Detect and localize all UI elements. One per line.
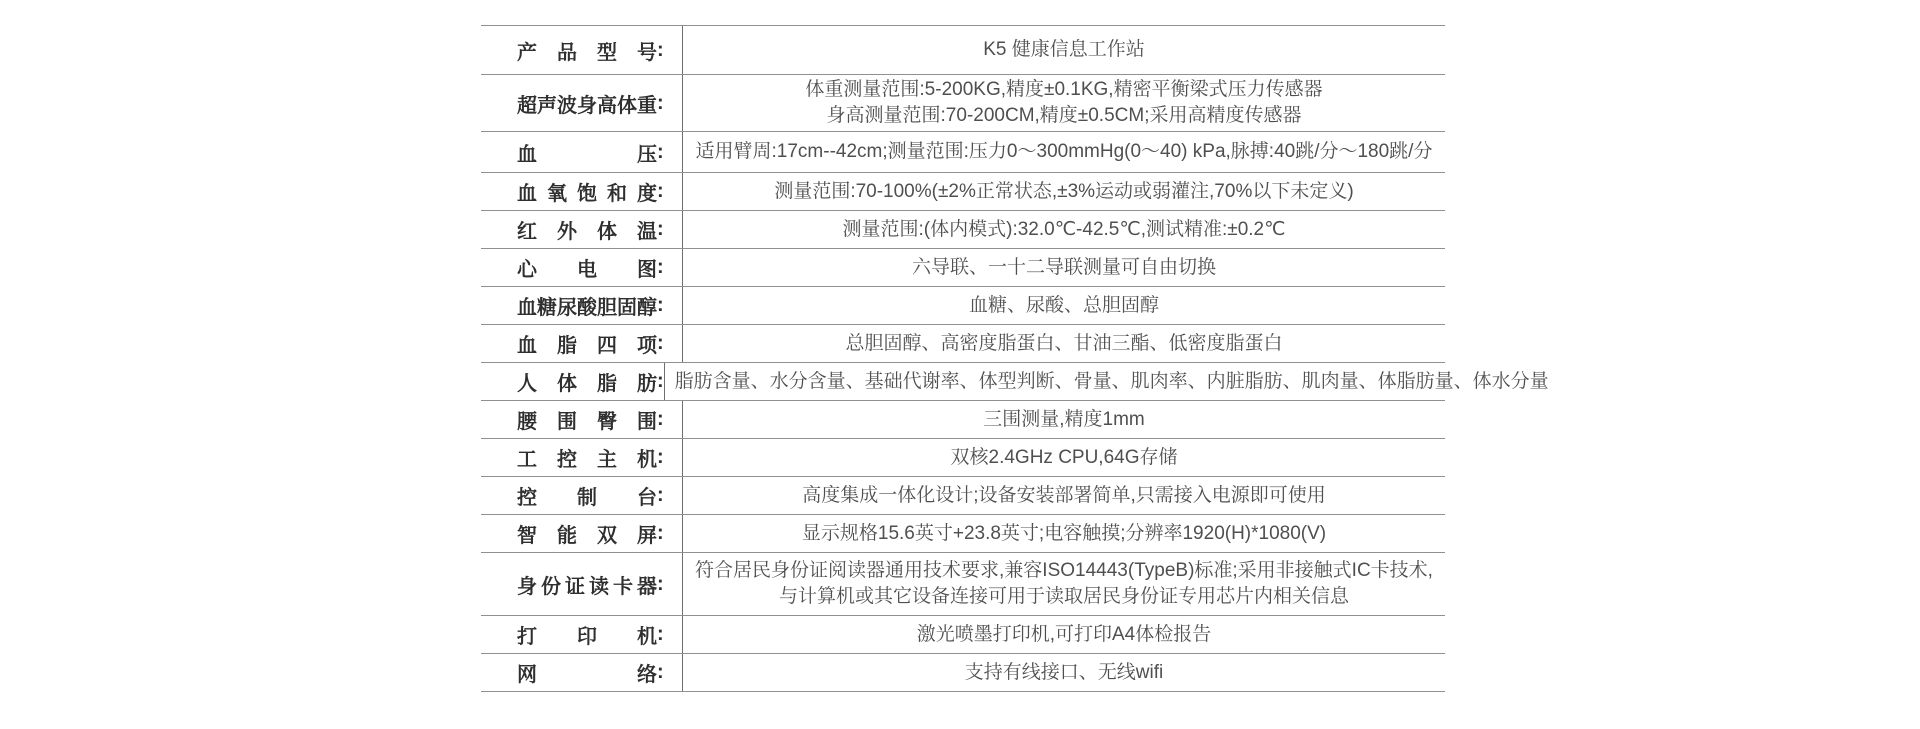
row-value-cell: 显示规格15.6英寸+23.8英寸;电容触摸;分辨率1920(H)*1080(V…: [683, 515, 1445, 552]
value-line: 测量范围:70-100%(±2%正常状态,±3%运动或弱灌注,70%以下未定义): [774, 179, 1353, 205]
table-row-industrial-host: 工控主机: 双核2.4GHz CPU,64G存储: [481, 439, 1445, 477]
value-line: 测量范围:(体内模式):32.0℃-42.5℃,测试精准:±0.2℃: [843, 217, 1286, 243]
label-colon: :: [657, 256, 664, 279]
row-label: 网络: [517, 658, 657, 687]
value-line: 符合居民身份证阅读器通用技术要求,兼容ISO14443(TypeB)标准;采用非…: [695, 558, 1433, 584]
table-row-product-model: 产品型号: K5 健康信息工作站: [481, 26, 1445, 75]
row-value-cell: 六导联、一十二导联测量可自由切换: [683, 249, 1445, 286]
label-colon: :: [657, 141, 664, 164]
value-line: K5 健康信息工作站: [983, 37, 1145, 63]
table-row-blood-oxygen: 血氧饱和度: 测量范围:70-100%(±2%正常状态,±3%运动或弱灌注,70…: [481, 173, 1445, 211]
row-value-cell: 体重测量范围:5-200KG,精度±0.1KG,精密平衡梁式压力传感器 身高测量…: [683, 75, 1445, 131]
table-row-blood-pressure: 血压: 适用臂周:17cm--42cm;测量范围:压力0～300mmHg(0～4…: [481, 132, 1445, 173]
row-label: 打印机: [517, 620, 657, 649]
row-label-cell: 血糖尿酸胆固醇:: [481, 287, 683, 324]
label-colon: :: [657, 218, 664, 241]
row-label: 心电图: [517, 253, 657, 282]
row-label-cell: 血氧饱和度:: [481, 173, 683, 210]
value-line: 高度集成一体化设计;设备安装部署简单,只需接入电源即可使用: [802, 483, 1326, 509]
row-label: 血糖尿酸胆固醇: [517, 291, 657, 320]
table-row-blood-lipids: 血脂四项: 总胆固醇、高密度脂蛋白、甘油三酯、低密度脂蛋白: [481, 325, 1445, 363]
row-value-cell: 脂肪含量、水分含量、基础代谢率、体型判断、骨量、肌肉率、内脏脂肪、肌肉量、体脂肪…: [665, 363, 1559, 400]
value-line: 总胆固醇、高密度脂蛋白、甘油三酯、低密度脂蛋白: [845, 331, 1282, 357]
table-row-console: 控制台: 高度集成一体化设计;设备安装部署简单,只需接入电源即可使用: [481, 477, 1445, 515]
table-row-infrared-temperature: 红外体温: 测量范围:(体内模式):32.0℃-42.5℃,测试精准:±0.2℃: [481, 211, 1445, 249]
value-line: 脂肪含量、水分含量、基础代谢率、体型判断、骨量、肌肉率、内脏脂肪、肌肉量、体脂肪…: [675, 369, 1549, 395]
table-row-network: 网络: 支持有线接口、无线wifi: [481, 654, 1445, 692]
label-colon: :: [657, 39, 664, 62]
value-line: 六导联、一十二导联测量可自由切换: [912, 255, 1216, 281]
row-label: 工控主机: [517, 443, 657, 472]
row-value-cell: 血糖、尿酸、总胆固醇: [683, 287, 1445, 324]
row-label: 红外体温: [517, 215, 657, 244]
row-value-cell: K5 健康信息工作站: [683, 26, 1445, 74]
row-label-cell: 血压:: [481, 132, 683, 172]
row-label: 血脂四项: [517, 329, 657, 358]
row-label-cell: 工控主机:: [481, 439, 683, 476]
row-label-cell: 人体脂肪:: [481, 363, 665, 400]
row-label: 腰围臀围: [517, 405, 657, 434]
table-row-printer: 打印机: 激光喷墨打印机,可打印A4体检报告: [481, 616, 1445, 654]
label-colon: :: [657, 408, 664, 431]
row-label-cell: 腰围臀围:: [481, 401, 683, 438]
table-row-smart-dual-screen: 智能双屏: 显示规格15.6英寸+23.8英寸;电容触摸;分辨率1920(H)*…: [481, 515, 1445, 553]
table-row-body-fat: 人体脂肪: 脂肪含量、水分含量、基础代谢率、体型判断、骨量、肌肉率、内脏脂肪、肌…: [481, 363, 1445, 401]
row-label-cell: 智能双屏:: [481, 515, 683, 552]
row-value-cell: 支持有线接口、无线wifi: [683, 654, 1445, 691]
label-colon: :: [657, 522, 664, 545]
row-label-cell: 超声波身高体重:: [481, 75, 683, 131]
table-row-waist-hip: 腰围臀围: 三围测量,精度1mm: [481, 401, 1445, 439]
row-label-cell: 网络:: [481, 654, 683, 691]
row-label: 超声波身高体重: [517, 89, 657, 118]
row-label: 血压: [517, 138, 657, 167]
value-line: 血糖、尿酸、总胆固醇: [969, 293, 1159, 319]
value-line: 激光喷墨打印机,可打印A4体检报告: [917, 622, 1212, 648]
row-label-cell: 产品型号:: [481, 26, 683, 74]
value-line: 三围测量,精度1mm: [983, 407, 1145, 433]
value-line: 适用臂周:17cm--42cm;测量范围:压力0～300mmHg(0～40) k…: [696, 139, 1433, 165]
row-label-cell: 控制台:: [481, 477, 683, 514]
row-label-cell: 身份证读卡器:: [481, 553, 683, 615]
row-value-cell: 测量范围:70-100%(±2%正常状态,±3%运动或弱灌注,70%以下未定义): [683, 173, 1445, 210]
row-label-cell: 打印机:: [481, 616, 683, 653]
label-colon: :: [657, 446, 664, 469]
label-colon: :: [657, 484, 664, 507]
value-line: 体重测量范围:5-200KG,精度±0.1KG,精密平衡梁式压力传感器: [805, 77, 1322, 103]
row-label: 控制台: [517, 481, 657, 510]
label-colon: :: [657, 573, 664, 596]
row-label: 血氧饱和度: [517, 177, 657, 206]
value-line: 显示规格15.6英寸+23.8英寸;电容触摸;分辨率1920(H)*1080(V…: [802, 521, 1326, 547]
value-line: 身高测量范围:70-200CM,精度±0.5CM;采用高精度传感器: [827, 103, 1302, 129]
row-value-cell: 符合居民身份证阅读器通用技术要求,兼容ISO14443(TypeB)标准;采用非…: [683, 553, 1445, 615]
row-label: 产品型号: [517, 36, 657, 65]
row-value-cell: 适用臂周:17cm--42cm;测量范围:压力0～300mmHg(0～40) k…: [683, 132, 1445, 172]
value-line: 支持有线接口、无线wifi: [965, 660, 1163, 686]
label-colon: :: [657, 370, 664, 393]
row-value-cell: 三围测量,精度1mm: [683, 401, 1445, 438]
table-row-glucose-uric-cholesterol: 血糖尿酸胆固醇: 血糖、尿酸、总胆固醇: [481, 287, 1445, 325]
row-value-cell: 高度集成一体化设计;设备安装部署简单,只需接入电源即可使用: [683, 477, 1445, 514]
row-value-cell: 总胆固醇、高密度脂蛋白、甘油三酯、低密度脂蛋白: [683, 325, 1445, 362]
product-spec-table: 产品型号: K5 健康信息工作站 超声波身高体重: 体重测量范围:5-200KG…: [481, 25, 1445, 692]
value-line: 与计算机或其它设备连接可用于读取居民身份证专用芯片内相关信息: [779, 584, 1349, 610]
value-line: 双核2.4GHz CPU,64G存储: [951, 445, 1178, 471]
row-label-cell: 红外体温:: [481, 211, 683, 248]
row-label-cell: 血脂四项:: [481, 325, 683, 362]
table-row-ecg: 心电图: 六导联、一十二导联测量可自由切换: [481, 249, 1445, 287]
table-row-id-card-reader: 身份证读卡器: 符合居民身份证阅读器通用技术要求,兼容ISO14443(Type…: [481, 553, 1445, 616]
row-label: 身份证读卡器: [517, 570, 657, 599]
label-colon: :: [657, 92, 664, 115]
row-label: 人体脂肪: [517, 367, 657, 396]
label-colon: :: [657, 180, 664, 203]
label-colon: :: [657, 661, 664, 684]
row-label: 智能双屏: [517, 519, 657, 548]
row-value-cell: 测量范围:(体内模式):32.0℃-42.5℃,测试精准:±0.2℃: [683, 211, 1445, 248]
label-colon: :: [657, 294, 664, 317]
label-colon: :: [657, 332, 664, 355]
row-value-cell: 双核2.4GHz CPU,64G存储: [683, 439, 1445, 476]
label-colon: :: [657, 623, 664, 646]
row-value-cell: 激光喷墨打印机,可打印A4体检报告: [683, 616, 1445, 653]
table-row-ultrasonic-height-weight: 超声波身高体重: 体重测量范围:5-200KG,精度±0.1KG,精密平衡梁式压…: [481, 75, 1445, 132]
row-label-cell: 心电图:: [481, 249, 683, 286]
